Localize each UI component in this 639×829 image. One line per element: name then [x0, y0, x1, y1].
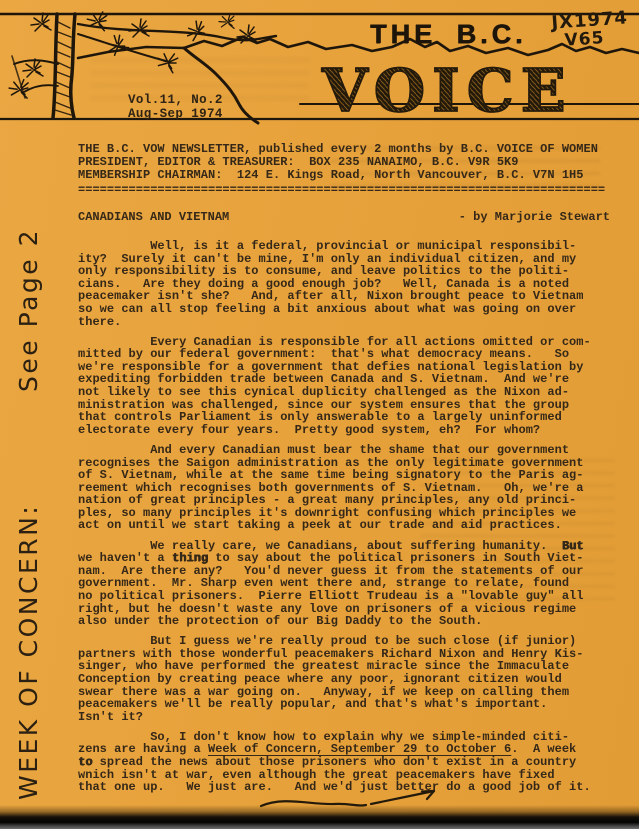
article-byline: - by Marjorie Stewart — [459, 210, 610, 224]
issue-date: Aug-Sep 1974 — [128, 108, 223, 122]
text-line: act on until we start taking a peek at o… — [78, 519, 618, 532]
margin-note-page-ref: See Page 2 — [14, 228, 43, 392]
library-call-number: JX1974 V65 — [551, 8, 630, 51]
margin-note-week-of-concern: WEEK OF CONCERN: See Page 2 — [14, 228, 43, 800]
text-line: so we can all stop feeling a bit anxious… — [78, 303, 618, 316]
newsletter-name-large: VOICE — [322, 62, 573, 120]
paragraph: And every Canadian must bear the shame t… — [78, 444, 618, 532]
scan-edge — [0, 805, 639, 829]
margin-note-text: WEEK OF CONCERN: — [14, 504, 43, 800]
newsletter-page: THE B.C. VOICE JX1974 V65 Vol.11, No.2 A… — [0, 0, 639, 829]
article-title: CANADIANS AND VIETNAM — [78, 210, 229, 224]
article-body: Well, is it a federal, provincial or mun… — [78, 240, 618, 801]
text-line: also under the protection of our Big Dad… — [78, 615, 618, 628]
text-line: peacemakers we'll be really popular, and… — [78, 698, 618, 711]
volume-number: Vol.11, No.2 — [128, 94, 223, 108]
text-line: Isn't it? — [78, 711, 618, 724]
paragraph: Well, is it a federal, provincial or mun… — [78, 240, 618, 328]
paragraph: Every Canadian is responsible for all ac… — [78, 336, 618, 437]
article-header: CANADIANS AND VIETNAM - by Marjorie Stew… — [78, 210, 610, 224]
publication-info: THE B.C. VOW NEWSLETTER, published every… — [78, 143, 605, 197]
text-line: electorate every four years. Pretty good… — [78, 424, 618, 437]
membership-line: MEMBERSHIP CHAIRMAN: 124 E. Kings Road, … — [78, 169, 605, 182]
volume-info: Vol.11, No.2 Aug-Sep 1974 — [128, 94, 223, 121]
divider-rule: ========================================… — [78, 184, 605, 197]
paragraph: We really care, we Canadians, about suff… — [78, 540, 618, 628]
text-line: there. — [78, 316, 618, 329]
paragraph: So, I don't know how to explain why we s… — [78, 731, 618, 794]
paragraph: But I guess we're really proud to be suc… — [78, 635, 618, 723]
newsletter-name-small: THE B.C. — [370, 19, 527, 50]
